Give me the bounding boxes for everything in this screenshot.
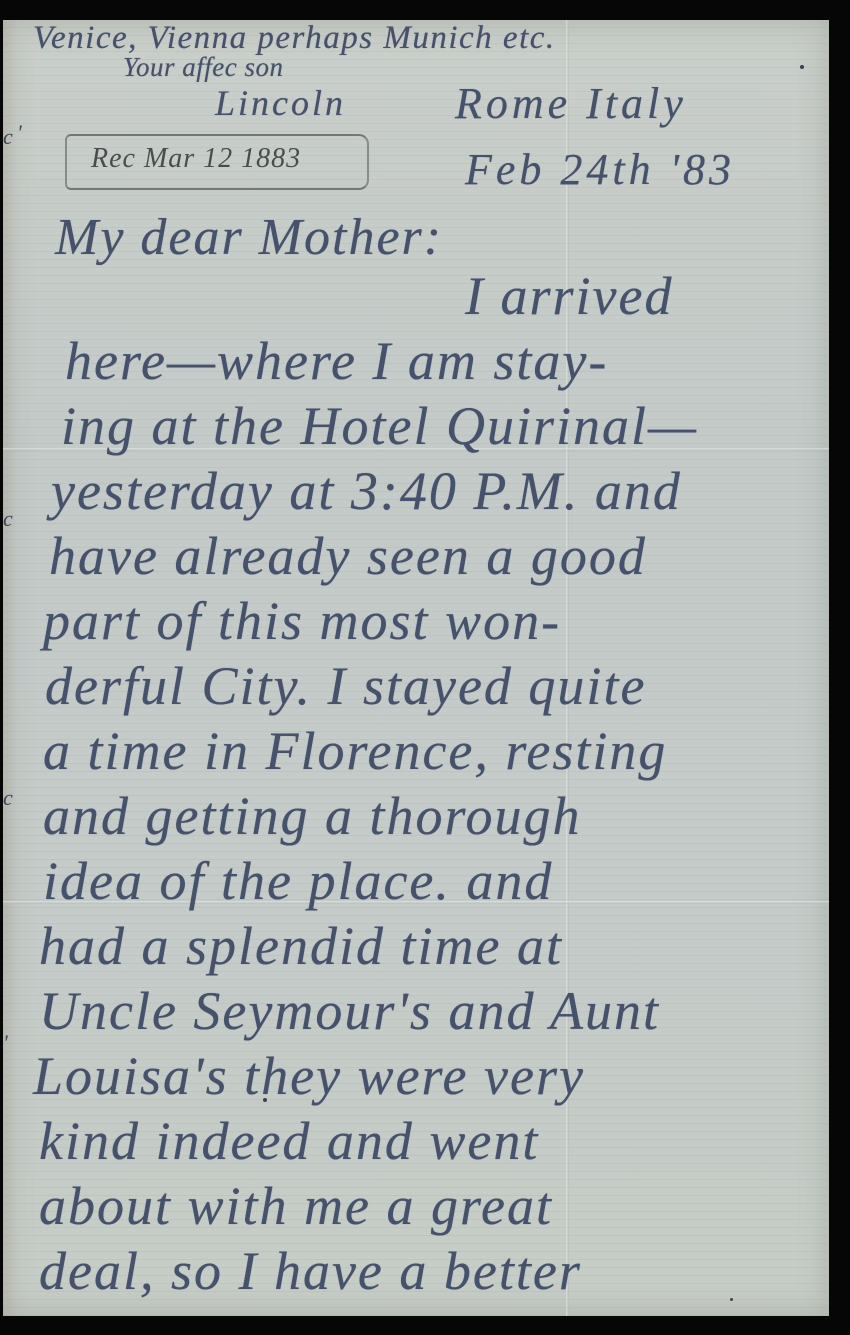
letter-page: Venice, Vienna perhaps Munich etc. Your … (3, 20, 829, 1316)
margin-mark: c (3, 785, 13, 811)
body-line: here—where I am stay- (65, 330, 608, 392)
body-line: Uncle Seymour's and Aunt (39, 980, 660, 1042)
margin-mark: c (3, 124, 13, 150)
body-line: and getting a thorough (43, 785, 582, 847)
body-line: idea of the place. and (43, 850, 553, 912)
signature: Lincoln (215, 82, 346, 124)
ink-speck (730, 1298, 733, 1301)
body-line: deal, so I have a better (39, 1240, 582, 1302)
body-line: part of this most won- (43, 590, 561, 652)
margin-mark: ' (3, 1030, 8, 1056)
closing-line: Your affec son (123, 52, 284, 83)
body-line: about with me a great (39, 1175, 553, 1237)
body-line: a time in Florence, resting (43, 720, 667, 782)
body-line: ing at the Hotel Quirinal— (61, 395, 698, 457)
body-line: have already seen a good (49, 525, 647, 587)
margin-mark: ' (17, 120, 22, 146)
body-line: had a splendid time at (39, 915, 563, 977)
body-line: Louisa's they were very (33, 1045, 585, 1107)
body-line: kind indeed and went (39, 1110, 539, 1172)
letter-date: Feb 24th '83 (465, 144, 735, 195)
ink-speck (800, 65, 804, 69)
letter-place: Rome Italy (455, 78, 687, 129)
body-line: yesterday at 3:40 P.M. and (51, 460, 682, 522)
body-line: I arrived (465, 265, 673, 327)
archival-note-received-date: Rec Mar 12 1883 (91, 143, 301, 175)
postscript-line: Venice, Vienna perhaps Munich etc. (33, 20, 556, 57)
ink-speck (263, 1098, 267, 1102)
body-line: derful City. I stayed quite (45, 655, 646, 717)
salutation: My dear Mother: (55, 208, 443, 267)
margin-mark: c (3, 506, 13, 532)
